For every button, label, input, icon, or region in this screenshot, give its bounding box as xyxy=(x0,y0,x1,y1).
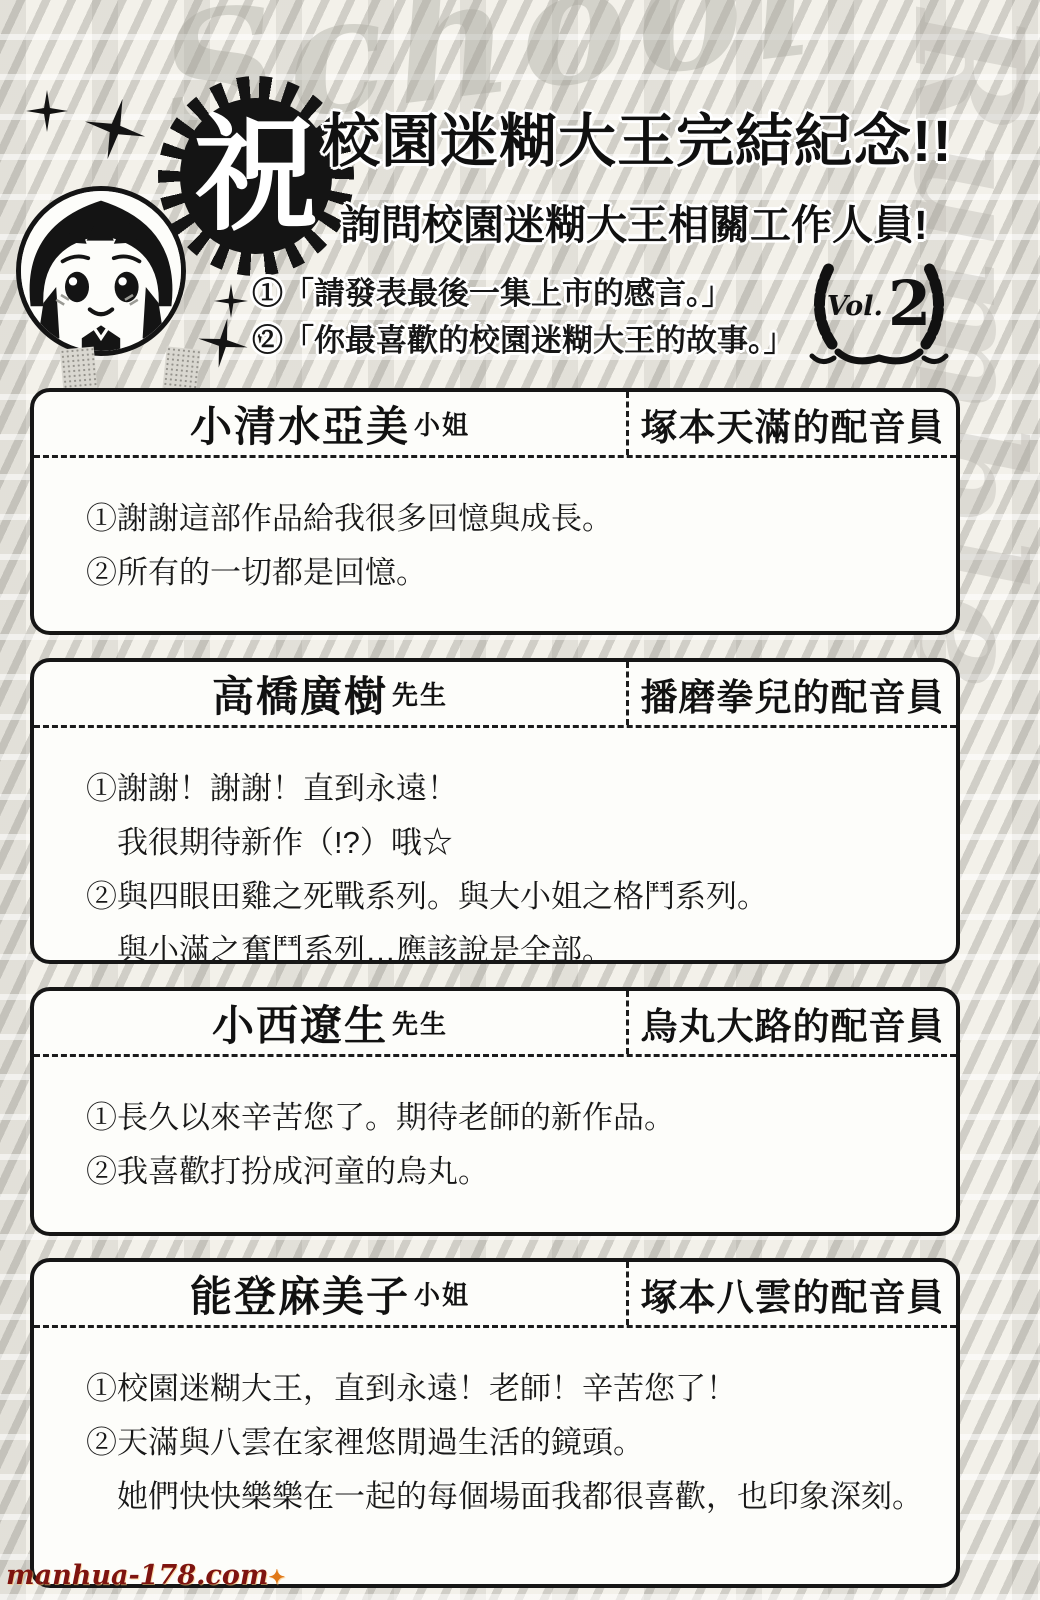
question-2: ②「你最喜歡的校園迷糊大王的故事。」 xyxy=(252,317,852,364)
volume-label: Vol. 2 xyxy=(794,276,964,332)
character-avatar xyxy=(16,186,186,356)
question-1: ①「請發表最後一集上市的感言。」 xyxy=(252,270,852,317)
card-header: 小西遼生先生 烏丸大路的配音員 xyxy=(34,991,956,1057)
answer-line: ②與四眼田雞之死戰系列。與大小姐之格鬥系列。 xyxy=(86,870,928,924)
interview-answers: ①謝謝！謝謝！直到永遠！ 我很期待新作（!?）哦☆ ②與四眼田雞之死戰系列。與大… xyxy=(34,728,956,978)
interview-card-noto: 能登麻美子小姐 塚本八雲的配音員 ①校園迷糊大王，直到永遠！老師！辛苦您了！ ②… xyxy=(30,1258,960,1588)
interview-card-koshimizu: 小清水亞美小姐 塚本天滿的配音員 ①謝謝這部作品給我很多回憶與成長。 ②所有的一… xyxy=(30,388,960,635)
page-title: 校園迷糊大王完結紀念!! xyxy=(322,94,1022,178)
site-watermark: manhua-178.com✦ xyxy=(6,1560,285,1591)
actor-name-text: 能登麻美子 xyxy=(190,1264,410,1324)
card-header: 小清水亞美小姐 塚本天滿的配音員 xyxy=(34,392,956,458)
answer-line: 我很期待新作（!?）哦☆ xyxy=(86,816,928,870)
page-subtitle: 詢問校園迷糊大王相關工作人員! xyxy=(340,192,1020,251)
voice-actor-name: 小西遼生先生 xyxy=(34,991,626,1054)
answer-line: ①長久以來辛苦您了。期待老師的新作品。 xyxy=(86,1091,928,1145)
volume-number: 2 xyxy=(888,267,931,340)
answer-line: ②所有的一切都是回憶。 xyxy=(86,546,928,600)
interview-answers: ①校園迷糊大王，直到永遠！老師！辛苦您了！ ②天滿與八雲在家裡悠閒過生活的鏡頭。… xyxy=(34,1328,956,1524)
answer-line: 她們快快樂樂在一起的每個場面我都很喜歡，也印象深刻。 xyxy=(86,1470,928,1524)
voice-actor-name: 小清水亞美小姐 xyxy=(34,392,626,455)
actor-honorific: 小姐 xyxy=(414,405,470,442)
actor-name-text: 小清水亞美 xyxy=(190,394,410,454)
voice-actor-role: 播磨拳兒的配音員 xyxy=(626,662,956,725)
volume-prefix: Vol. xyxy=(827,291,883,322)
card-header: 能登麻美子小姐 塚本八雲的配音員 xyxy=(34,1262,956,1328)
interview-card-takahashi: 高橋廣樹先生 播磨拳兒的配音員 ①謝謝！謝謝！直到永遠！ 我很期待新作（!?）哦… xyxy=(30,658,960,964)
voice-actor-name: 能登麻美子小姐 xyxy=(34,1262,626,1325)
watermark-star-icon: ✦ xyxy=(268,1565,285,1589)
sparkle-icon xyxy=(77,91,152,166)
answer-line: ②天滿與八雲在家裡悠閒過生活的鏡頭。 xyxy=(86,1416,928,1470)
sparkle-icon xyxy=(194,314,252,372)
interview-answers: ①謝謝這部作品給我很多回憶與成長。 ②所有的一切都是回憶。 xyxy=(34,458,956,600)
card-header: 高橋廣樹先生 播磨拳兒的配音員 xyxy=(34,662,956,728)
volume-badge: Vol. 2 xyxy=(794,244,964,376)
interview-answers: ①長久以來辛苦您了。期待老師的新作品。 ②我喜歡打扮成河童的烏丸。 xyxy=(34,1057,956,1199)
answer-line: ①校園迷糊大王，直到永遠！老師！辛苦您了！ xyxy=(86,1362,928,1416)
answer-line: 與小滿之奮鬥系列…應該說是全部。 xyxy=(86,924,928,978)
character-face-icon xyxy=(21,191,181,351)
sparkle-icon xyxy=(26,90,68,132)
answer-line: ①謝謝！謝謝！直到永遠！ xyxy=(86,762,928,816)
watermark-text: manhua-178.com xyxy=(6,1560,268,1591)
voice-actor-role: 塚本天滿的配音員 xyxy=(626,392,956,455)
actor-name-text: 小西遼生 xyxy=(212,993,388,1053)
answer-line: ②我喜歡打扮成河童的烏丸。 xyxy=(86,1145,928,1199)
sparkle-icon xyxy=(214,284,248,318)
actor-honorific: 先生 xyxy=(392,675,448,712)
actor-honorific: 先生 xyxy=(392,1004,448,1041)
voice-actor-name: 高橋廣樹先生 xyxy=(34,662,626,725)
answer-line: ①謝謝這部作品給我很多回憶與成長。 xyxy=(86,492,928,546)
actor-name-text: 高橋廣樹 xyxy=(212,664,388,724)
question-list: ①「請發表最後一集上市的感言。」 ②「你最喜歡的校園迷糊大王的故事。」 xyxy=(252,270,852,364)
manga-page: School Rumble 祝 校園迷糊大王完結紀念!! 詢問校園迷糊大王相關工… xyxy=(0,0,1040,1600)
interview-card-konishi: 小西遼生先生 烏丸大路的配音員 ①長久以來辛苦您了。期待老師的新作品。 ②我喜歡… xyxy=(30,987,960,1236)
voice-actor-role: 塚本八雲的配音員 xyxy=(626,1262,956,1325)
actor-honorific: 小姐 xyxy=(414,1275,470,1312)
voice-actor-role: 烏丸大路的配音員 xyxy=(626,991,956,1054)
